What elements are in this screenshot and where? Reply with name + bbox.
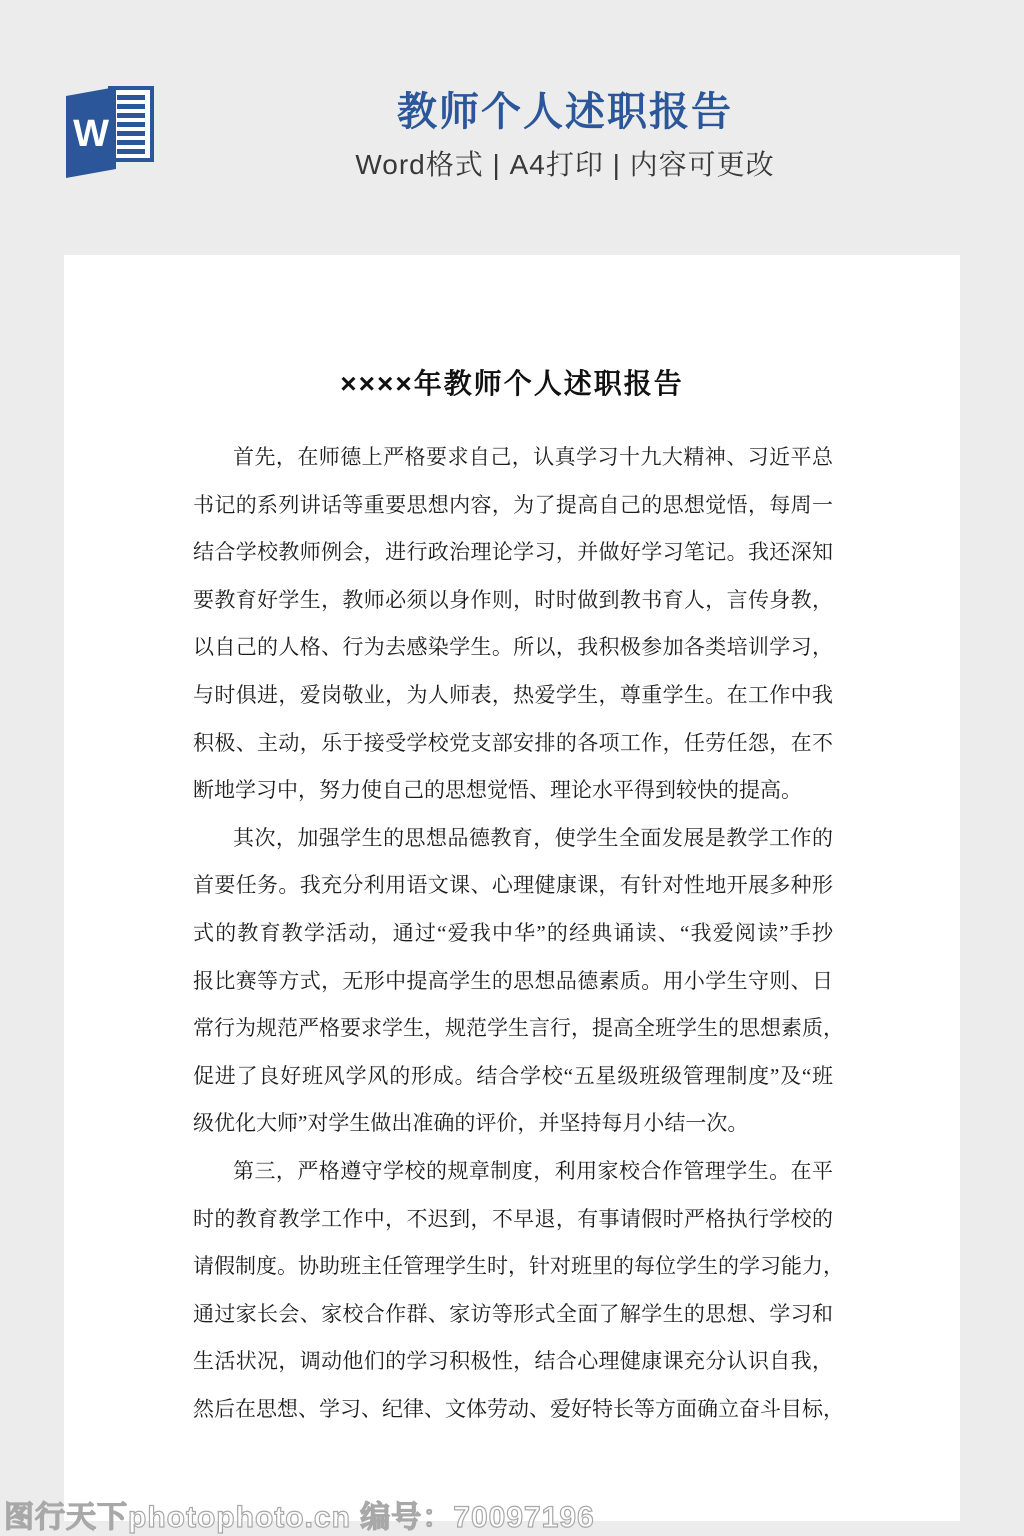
word-icon-letter: W: [73, 113, 109, 155]
doc-line: 时的教育教学工作中，不迟到，不早退，有事请假时严格执行学校的: [193, 1196, 833, 1244]
doc-line: 首要任务。我充分利用语文课、心理健康课，有针对性地开展多种形: [193, 862, 833, 910]
document-body: 首先，在师德上严格要求自己，认真学习十九大精神、习近平总书记的系列讲话等重要思想…: [193, 434, 833, 1433]
watermark-text: 图行天下photophoto.cn 编号：70097196: [4, 1492, 595, 1536]
doc-line: 级优化大师”对学生做出准确的评价，并坚持每月小结一次。: [193, 1100, 833, 1148]
doc-line: 其次，加强学生的思想品德教育，使学生全面发展是教学工作的: [193, 815, 833, 863]
doc-line: 式的教育教学活动，通过“爱我中华”的经典诵读、“我爱阅读”手抄: [193, 910, 833, 958]
doc-line: 书记的系列讲话等重要思想内容，为了提高自己的思想觉悟，每周一: [193, 482, 833, 530]
doc-line: 结合学校教师例会，进行政治理论学习，并做好学习笔记。我还深知: [193, 529, 833, 577]
doc-line: 首先，在师德上严格要求自己，认真学习十九大精神、习近平总: [193, 434, 833, 482]
doc-line: 与时俱进，爱岗敬业，为人师表，热爱学生，尊重学生。在工作中我: [193, 672, 833, 720]
template-subtitle: Word格式 | A4打印 | 内容可更改: [170, 148, 960, 182]
doc-line: 请假制度。协助班主任管理学生时，针对班里的每位学生的学习能力，: [193, 1243, 833, 1291]
doc-line: 然后在思想、学习、纪律、文体劳动、爱好特长等方面确立奋斗目标，: [193, 1386, 833, 1434]
header-band: W 教师个人述职报告 Word格式 | A4打印 | 内容可更改: [0, 0, 1024, 255]
document-page: ××××年教师个人述职报告 首先，在师德上严格要求自己，认真学习十九大精神、习近…: [64, 255, 960, 1521]
doc-line: 常行为规范严格要求学生，规范学生言行，提高全班学生的思想素质，: [193, 1005, 833, 1053]
doc-line: 生活状况，调动他们的学习积极性，结合心理健康课充分认识自我，: [193, 1338, 833, 1386]
word-file-icon: W: [64, 84, 156, 178]
doc-line: 积极、主动，乐于接受学校党支部安排的各项工作，任劳任怨，在不: [193, 720, 833, 768]
document-title: ××××年教师个人述职报告: [64, 367, 960, 401]
doc-line: 第三，严格遵守学校的规章制度，利用家校合作管理学生。在平: [193, 1148, 833, 1196]
template-preview-page: { "colors": { "background": "#ececec", "…: [0, 0, 1024, 1536]
doc-line: 断地学习中，努力使自己的思想觉悟、理论水平得到较快的提高。: [193, 767, 833, 815]
template-title: 教师个人述职报告: [170, 88, 960, 136]
header-text-block: 教师个人述职报告 Word格式 | A4打印 | 内容可更改: [170, 88, 960, 182]
doc-line: 通过家长会、家校合作群、家访等形式全面了解学生的思想、学习和: [193, 1291, 833, 1339]
doc-line: 要教育好学生，教师必须以身作则，时时做到教书育人，言传身教，: [193, 577, 833, 625]
doc-line: 促进了良好班风学风的形成。结合学校“五星级班级管理制度”及“班: [193, 1053, 833, 1101]
doc-line: 以自己的人格、行为去感染学生。所以，我积极参加各类培训学习，: [193, 624, 833, 672]
doc-line: 报比赛等方式，无形中提高学生的思想品德素质。用小学生守则、日: [193, 958, 833, 1006]
